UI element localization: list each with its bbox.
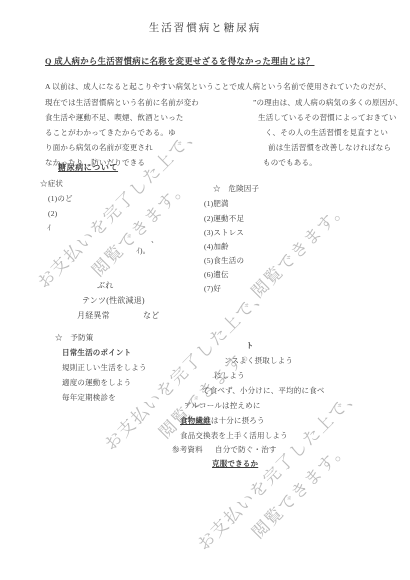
diet-point-item-rest: は十分に摂ろう xyxy=(211,416,265,425)
answer-line-right: ”の理由は、成人病の病気の多くの原因が、 xyxy=(253,98,403,108)
answer-line-right: ものでもある。 xyxy=(263,158,317,168)
question-heading: Q 成人病から生活習慣病に名称を変更せざるを得なかった理由とは？ xyxy=(45,57,314,67)
answer-line: 現在では生活習慣病という名前に名前が変わ ”の理由は、成人病の病気の多くの原因が… xyxy=(45,98,367,108)
answer-line: ることがわかってきたからである。ゆ く、その人の生活習慣を見直すとい xyxy=(45,128,367,138)
prevention-label: ☆ 予防策 xyxy=(55,333,94,343)
diet-points-heading-fragment: ト xyxy=(246,341,254,351)
answer-line-right: 前は生活習慣を改善しなければなら xyxy=(268,143,391,153)
document-page: お支払いを完了した上で、 閲覧できます。 お支払いを完了した上で、 閲覧できます… xyxy=(0,0,410,580)
daily-point-item: 適度の運動をしよう xyxy=(62,378,131,388)
diet-point-item: 食物繊維は十分に摂ろう xyxy=(180,416,265,426)
answer-line-left: A 以前は、成人になると起こりやすい病気ということで成人病という名前で使用されて… xyxy=(45,82,391,91)
risk-item: (3)ストレス xyxy=(204,228,244,238)
risk-item: (2)運動不足 xyxy=(204,214,244,224)
section-heading-diabetes: 糖尿病について xyxy=(58,163,118,173)
answer-line-left: 現在では生活習慣病という名前に名前が変わ xyxy=(45,98,199,107)
symptom-item: (2) xyxy=(48,209,57,219)
risk-item: (6)遺伝 xyxy=(204,270,229,280)
reference-subtitle: 克服できるか xyxy=(212,459,258,469)
daily-point-item: 毎年定期検診を xyxy=(62,393,116,403)
text-fragment: ｲ)。 xyxy=(136,246,150,256)
risk-item: (4)加齢 xyxy=(204,242,229,252)
risk-factors-label: ☆ 危険因子 xyxy=(213,184,259,194)
diet-point-item: ンスよく摂取しよう xyxy=(224,356,293,366)
answer-line-left: ることがわかってきたからである。ゆ xyxy=(45,128,176,137)
menstrual-abnormality-text: 月経異常 xyxy=(77,311,110,321)
diet-point-item: 食品交換表を上手く活用しよう xyxy=(180,431,288,441)
answer-line-right: く、その人の生活習慣を見直すとい xyxy=(265,128,388,138)
watermark-line1: お支払いを完了した上で、 xyxy=(24,112,215,303)
text-fragment: テンツ(性欲減退) xyxy=(82,296,145,306)
daily-points-heading: 日常生活のポイント xyxy=(62,348,131,358)
dietary-fiber-emphasis: 食物繊維 xyxy=(180,416,211,425)
etc-text: など xyxy=(143,311,159,321)
text-fragment: 、 xyxy=(151,235,159,245)
symptom-item: ｲ xyxy=(47,223,51,233)
daily-point-item: 規則正しい生活をしよう xyxy=(62,363,147,373)
reference-label: 参考資料 xyxy=(172,445,203,455)
risk-item: (5)食生活の xyxy=(204,256,244,266)
symptoms-label: ☆症状 xyxy=(40,179,63,189)
risk-item: (7)好 xyxy=(204,284,221,294)
answer-line: り面から病気の名前が変更され 前は生活習慣を改善しなければなら xyxy=(45,143,367,153)
diet-point-item: て食べず、小分けに、平均的に食べ xyxy=(202,386,325,396)
symptom-item: (1)のど xyxy=(48,194,73,204)
answer-line-left: 食生活や運動不足、喫煙、飲酒といった xyxy=(45,113,184,122)
reference-title: 自分で防ぐ・治す xyxy=(215,445,277,455)
answer-line: 食生活や運動不足、喫煙、飲酒といった 生活しているその習慣によっておきてい xyxy=(45,113,367,123)
diet-point-item: にしよう xyxy=(214,371,245,381)
diet-point-item: アルコールは控えめに xyxy=(184,401,261,411)
risk-item: (1)肥満 xyxy=(204,199,229,209)
text-fragment: ぶれ xyxy=(97,281,113,291)
page-title: 生活習慣病と糖尿病 xyxy=(0,24,410,34)
answer-line-left: り面から病気の名前が変更され xyxy=(45,143,153,152)
answer-line-right: 生活しているその習慣によっておきてい xyxy=(258,113,397,123)
answer-line: A 以前は、成人になると起こりやすい病気ということで成人病という名前で使用されて… xyxy=(45,82,367,92)
